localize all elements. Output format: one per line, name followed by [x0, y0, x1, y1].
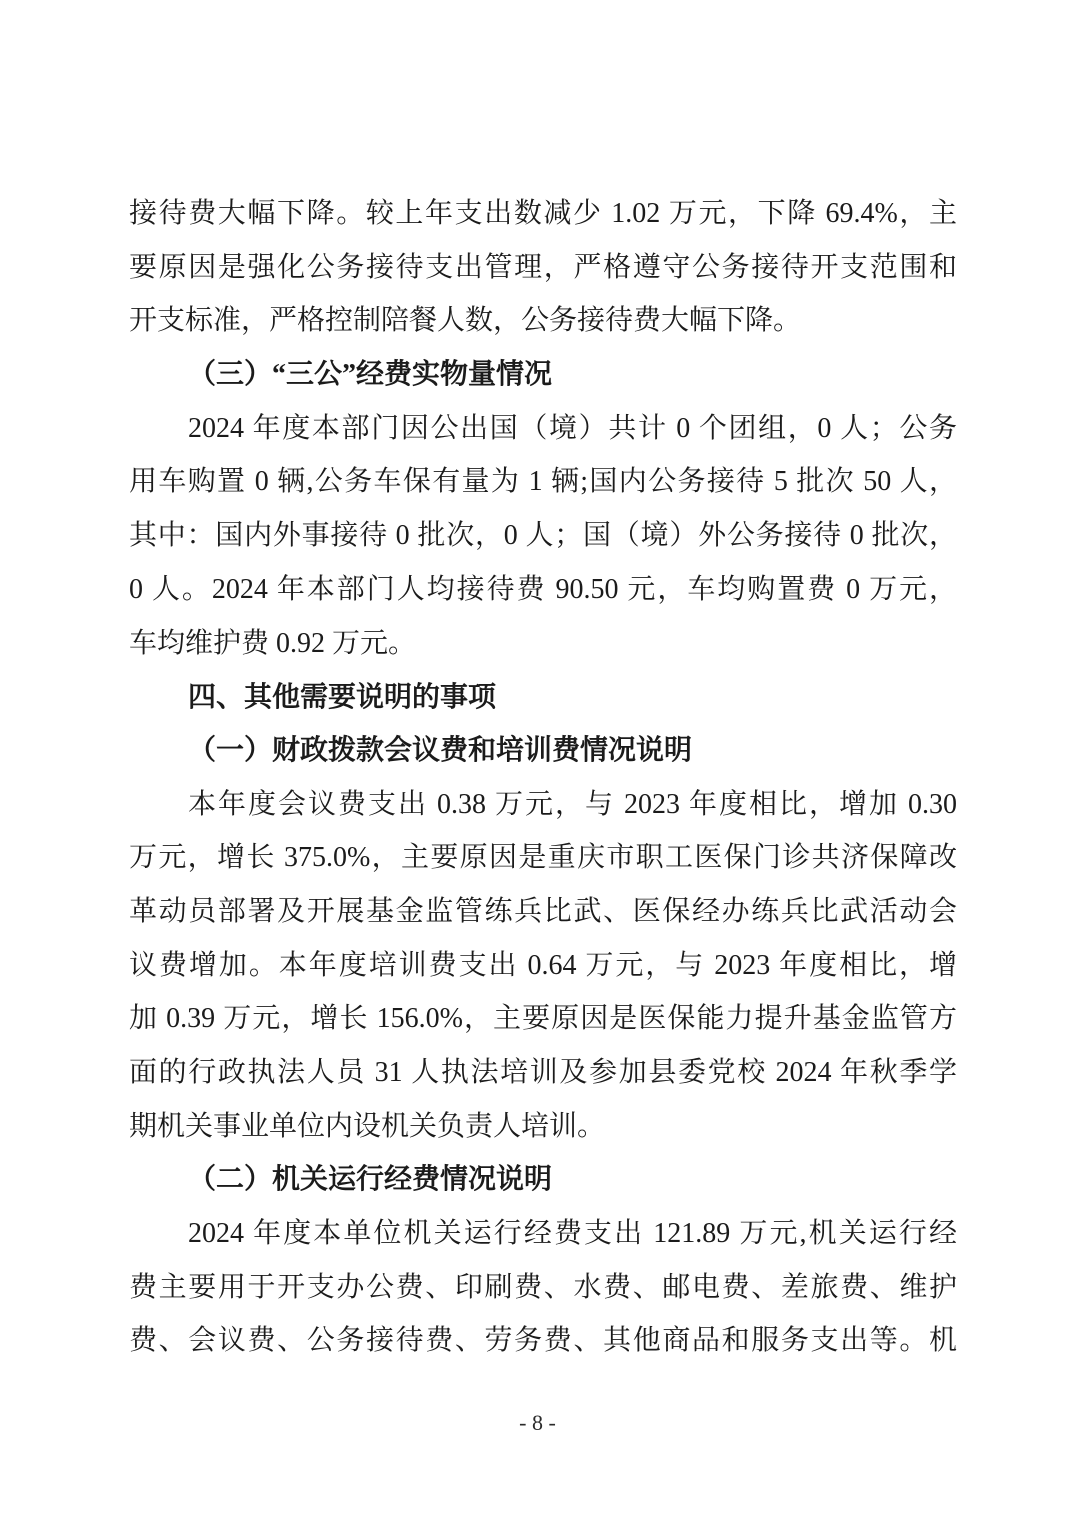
text-line: 期机关事业单位内设机关负责人培训。 — [129, 1100, 957, 1154]
text-line: 议费增加。本年度培训费支出 0.64 万元，与 2023 年度相比，增 — [129, 939, 957, 993]
document-body: 接待费大幅下降。较上年支出数减少 1.02 万元，下降 69.4%，主要原因是强… — [129, 187, 957, 1368]
text-line: 接待费大幅下降。较上年支出数减少 1.02 万元，下降 69.4%，主 — [129, 187, 957, 241]
document-page: 接待费大幅下降。较上年支出数减少 1.02 万元，下降 69.4%，主要原因是强… — [0, 0, 1075, 1520]
text-line: 本年度会议费支出 0.38 万元，与 2023 年度相比，增加 0.30 — [129, 778, 957, 832]
heading-line: 四、其他需要说明的事项 — [129, 670, 957, 724]
text-line: 车均维护费 0.92 万元。 — [129, 617, 957, 671]
text-line: 2024 年度本部门因公出国（境）共计 0 个团组，0 人；公务 — [129, 402, 957, 456]
text-line: 其中：国内外事接待 0 批次，0 人；国（境）外公务接待 0 批次， — [129, 509, 957, 563]
heading-line: （二）机关运行经费情况说明 — [129, 1153, 957, 1207]
page-number: - 8 - — [0, 1406, 1075, 1440]
text-line: 2024 年度本单位机关运行经费支出 121.89 万元,机关运行经 — [129, 1207, 957, 1261]
text-line: 费主要用于开支办公费、印刷费、水费、邮电费、差旅费、维护 — [129, 1261, 957, 1315]
text-line: 要原因是强化公务接待支出管理，严格遵守公务接待开支范围和 — [129, 241, 957, 295]
heading-line: （一）财政拨款会议费和培训费情况说明 — [129, 724, 957, 778]
text-line: 革动员部署及开展基金监管练兵比武、医保经办练兵比武活动会 — [129, 885, 957, 939]
text-line: 加 0.39 万元，增长 156.0%，主要原因是医保能力提升基金监管方 — [129, 992, 957, 1046]
text-line: 万元，增长 375.0%，主要原因是重庆市职工医保门诊共济保障改 — [129, 831, 957, 885]
heading-line: （三）“三公”经费实物量情况 — [129, 348, 957, 402]
text-line: 0 人。2024 年本部门人均接待费 90.50 元，车均购置费 0 万元， — [129, 563, 957, 617]
text-line: 面的行政执法人员 31 人执法培训及参加县委党校 2024 年秋季学 — [129, 1046, 957, 1100]
text-line: 费、会议费、公务接待费、劳务费、其他商品和服务支出等。机 — [129, 1314, 957, 1368]
text-line: 用车购置 0 辆,公务车保有量为 1 辆;国内公务接待 5 批次 50 人， — [129, 455, 957, 509]
text-line: 开支标准，严格控制陪餐人数，公务接待费大幅下降。 — [129, 294, 957, 348]
